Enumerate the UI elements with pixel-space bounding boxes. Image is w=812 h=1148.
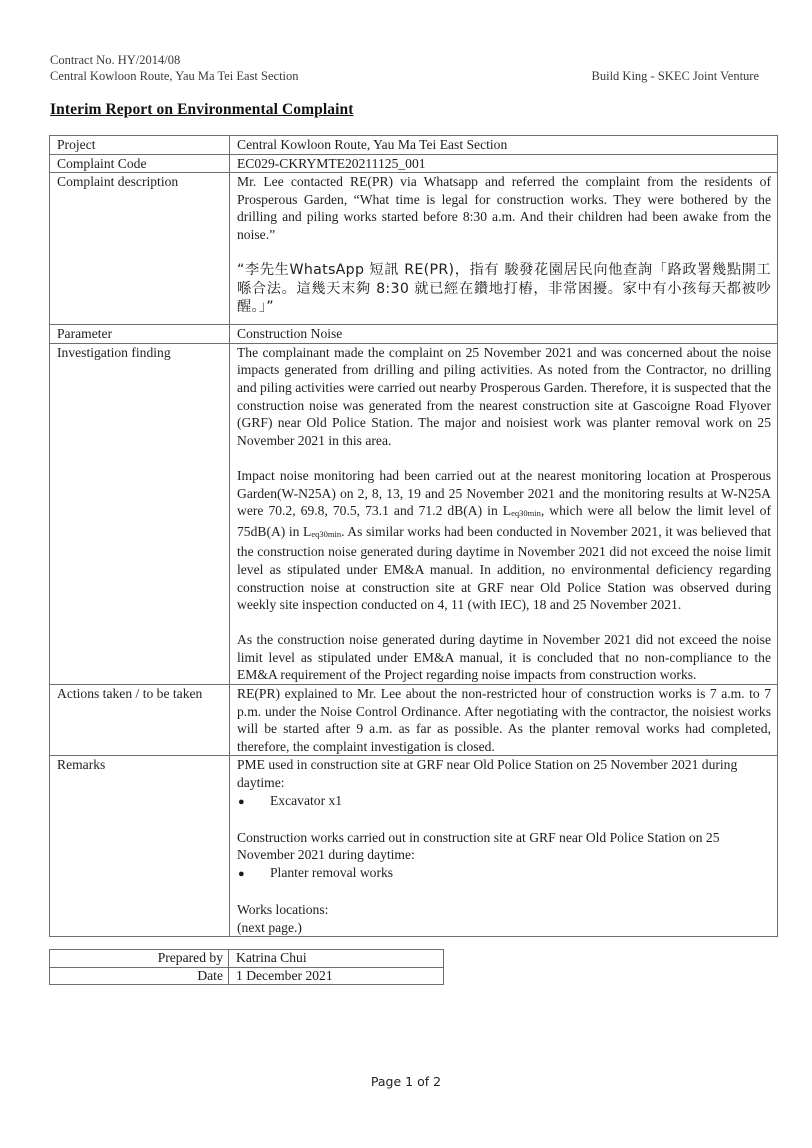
row-parameter: Parameter Construction Noise bbox=[50, 325, 778, 344]
finding-paragraph-3: As the construction noise generated duri… bbox=[237, 631, 771, 684]
finding-paragraph-1: The complainant made the complaint on 25… bbox=[237, 344, 771, 450]
finding-paragraph-2: Impact noise monitoring had been carried… bbox=[237, 467, 771, 614]
complaint-code-value: EC029-CKRYMTE20211125_001 bbox=[230, 154, 778, 173]
prepared-by-value: Katrina Chui bbox=[229, 950, 444, 968]
page-number: Page 1 of 2 bbox=[0, 1074, 812, 1089]
bullet-icon: ● bbox=[238, 794, 270, 812]
row-project: Project Central Kowloon Route, Yau Ma Te… bbox=[50, 136, 778, 155]
contract-number: Contract No. HY/2014/08 bbox=[50, 52, 299, 68]
row-label: Project bbox=[50, 136, 230, 155]
complaint-description-english: Mr. Lee contacted RE(PR) via Whatsapp an… bbox=[237, 173, 771, 243]
pme-item-text: Excavator x1 bbox=[270, 792, 342, 810]
works-list-item: ● Planter removal works bbox=[237, 864, 771, 884]
project-section: Central Kowloon Route, Yau Ma Tei East S… bbox=[50, 68, 299, 84]
row-date: Date 1 December 2021 bbox=[50, 967, 444, 985]
row-investigation-finding: Investigation finding The complainant ma… bbox=[50, 343, 778, 684]
report-title: Interim Report on Environmental Complain… bbox=[50, 101, 353, 119]
project-value: Central Kowloon Route, Yau Ma Tei East S… bbox=[230, 136, 778, 155]
works-locations-label: Works locations: bbox=[237, 901, 771, 919]
row-complaint-code: Complaint Code EC029-CKRYMTE20211125_001 bbox=[50, 154, 778, 173]
row-label: Actions taken / to be taken bbox=[50, 685, 230, 756]
date-label: Date bbox=[50, 967, 229, 985]
actions-value: RE(PR) explained to Mr. Lee about the no… bbox=[230, 685, 778, 756]
parameter-value: Construction Noise bbox=[230, 325, 778, 344]
subscript: eq30min bbox=[311, 529, 341, 539]
complaint-description-chinese: “李先生WhatsApp 短訊 RE(PR)，指有 駿發花園居民向他查詢「路政署… bbox=[237, 261, 771, 317]
row-remarks: Remarks PME used in construction site at… bbox=[50, 756, 778, 937]
works-intro: Construction works carried out in constr… bbox=[237, 829, 771, 864]
row-label: Parameter bbox=[50, 325, 230, 344]
complaint-description-value: Mr. Lee contacted RE(PR) via Whatsapp an… bbox=[230, 173, 778, 325]
row-complaint-description: Complaint description Mr. Lee contacted … bbox=[50, 173, 778, 325]
pme-intro: PME used in construction site at GRF nea… bbox=[237, 756, 771, 791]
investigation-finding-value: The complainant made the complaint on 25… bbox=[230, 343, 778, 684]
signoff-table: Prepared by Katrina Chui Date 1 December… bbox=[49, 949, 444, 985]
row-actions: Actions taken / to be taken RE(PR) expla… bbox=[50, 685, 778, 756]
contractor-name: Build King - SKEC Joint Venture bbox=[592, 68, 759, 84]
row-label: Complaint description bbox=[50, 173, 230, 325]
prepared-by-label: Prepared by bbox=[50, 950, 229, 968]
remarks-value: PME used in construction site at GRF nea… bbox=[230, 756, 778, 937]
row-label: Investigation finding bbox=[50, 343, 230, 684]
row-label: Remarks bbox=[50, 756, 230, 937]
works-item-text: Planter removal works bbox=[270, 864, 393, 882]
date-value: 1 December 2021 bbox=[229, 967, 444, 985]
complaint-table: Project Central Kowloon Route, Yau Ma Te… bbox=[49, 135, 778, 937]
row-prepared-by: Prepared by Katrina Chui bbox=[50, 950, 444, 968]
subscript: eq30min bbox=[511, 508, 541, 518]
document-header-left: Contract No. HY/2014/08 Central Kowloon … bbox=[50, 52, 299, 84]
row-label: Complaint Code bbox=[50, 154, 230, 173]
bullet-icon: ● bbox=[238, 866, 270, 884]
pme-list-item: ● Excavator x1 bbox=[237, 792, 771, 812]
works-locations-value: (next page.) bbox=[237, 919, 771, 937]
